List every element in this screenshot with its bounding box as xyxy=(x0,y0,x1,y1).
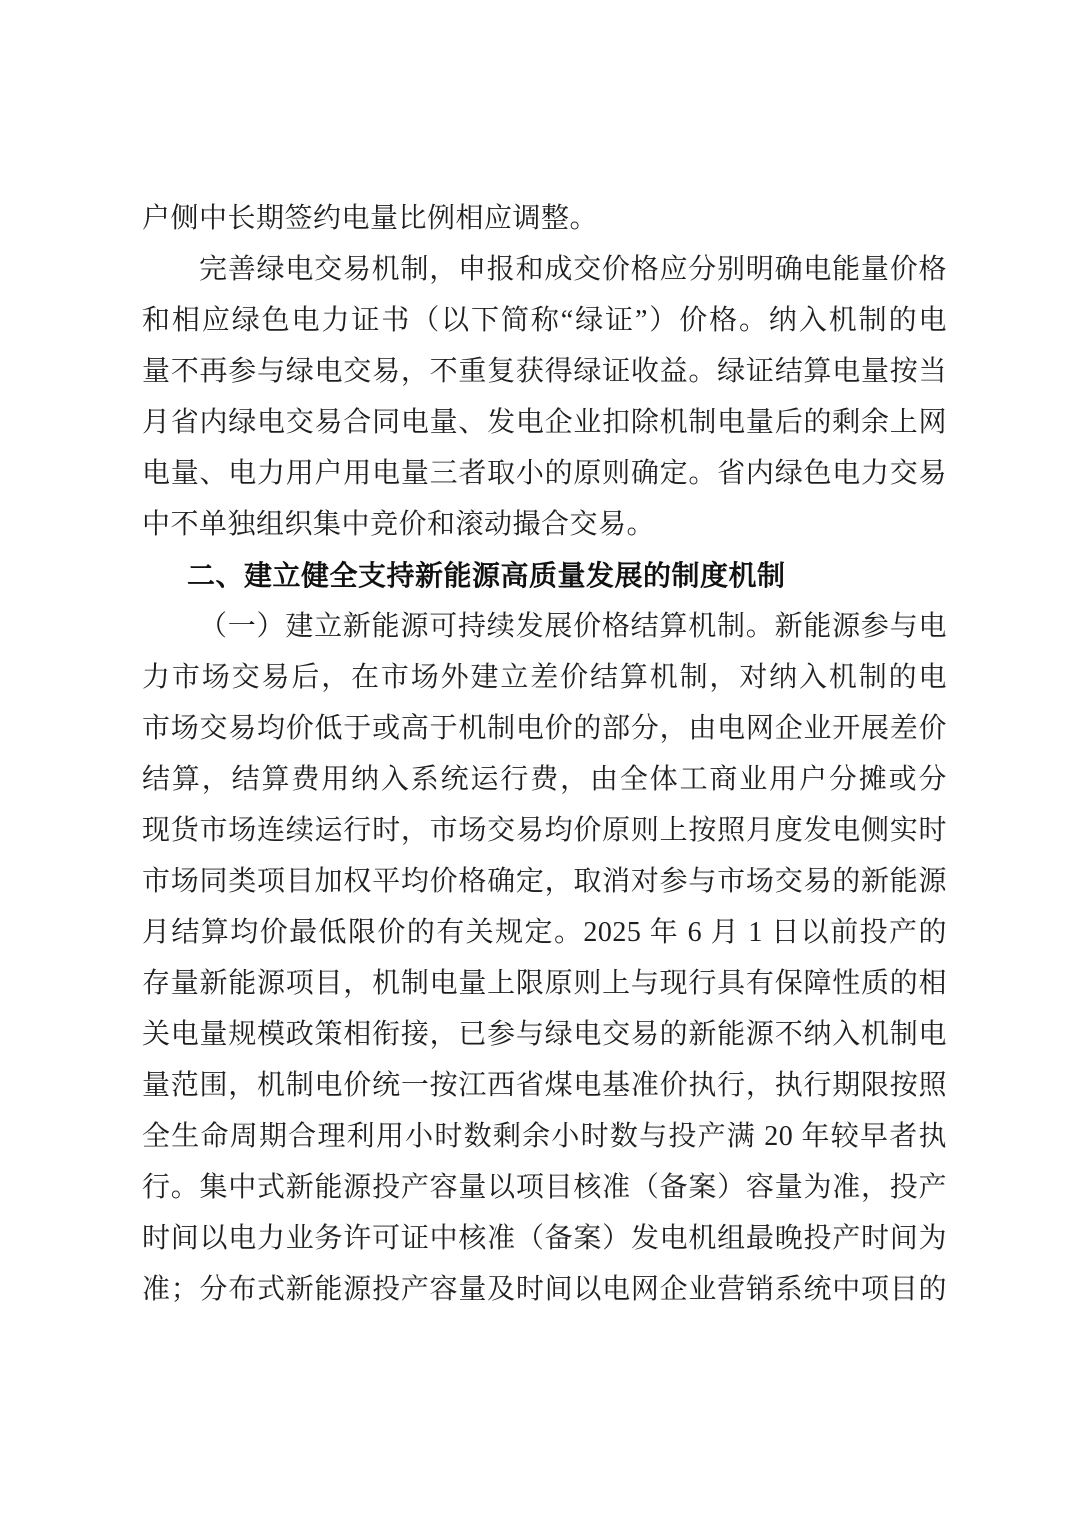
document-body: 户侧中长期签约电量比例相应调整。完善绿电交易机制，申报和成交价格应分别明确电能量… xyxy=(142,193,947,1315)
text-line: 量范围，机制电价统一按江西省煤电基准价执行，执行期限按照 xyxy=(142,1060,947,1111)
text-line: 行。集中式新能源投产容量以项目核准（备案）容量为准，投产 xyxy=(142,1162,947,1213)
text-line: 完善绿电交易机制，申报和成交价格应分别明确电能量价格 xyxy=(142,244,947,295)
text-line: 关电量规模政策相衔接，已参与绿电交易的新能源不纳入机制电 xyxy=(142,1009,947,1060)
text-line: 户侧中长期签约电量比例相应调整。 xyxy=(142,193,947,244)
text-line: 现货市场连续运行时，市场交易均价原则上按照月度发电侧实时 xyxy=(142,805,947,856)
text-line: 时间以电力业务许可证中核准（备案）发电机组最晚投产时间为 xyxy=(142,1213,947,1264)
text-line: （一）建立新能源可持续发展价格结算机制。新能源参与电 xyxy=(142,601,947,652)
text-line: 中不单独组织集中竞价和滚动撮合交易。 xyxy=(142,499,947,550)
text-line: 准；分布式新能源投产容量及时间以电网企业营销系统中项目的 xyxy=(142,1264,947,1315)
text-line: 市场交易均价低于或高于机制电价的部分，由电网企业开展差价 xyxy=(142,703,947,754)
line-text: 新能源参与电 xyxy=(775,611,947,642)
text-line: 力市场交易后，在市场外建立差价结算机制，对纳入机制的电量， xyxy=(142,652,947,703)
clause-lead-in: （一）建立新能源可持续发展价格结算机制。 xyxy=(199,611,775,642)
text-line: 月结算均价最低限价的有关规定。2025 年 6 月 1 日以前投产的 xyxy=(142,907,947,958)
text-line: 量不再参与绿电交易，不重复获得绿证收益。绿证结算电量按当 xyxy=(142,346,947,397)
text-line: 电量、电力用户用电量三者取小的原则确定。省内绿色电力交易 xyxy=(142,448,947,499)
text-line: 存量新能源项目，机制电量上限原则上与现行具有保障性质的相 xyxy=(142,958,947,1009)
text-line: 市场同类项目加权平均价格确定，取消对参与市场交易的新能源 xyxy=(142,856,947,907)
text-line: 结算，结算费用纳入系统运行费，由全体工商业用户分摊或分享。 xyxy=(142,754,947,805)
text-line: 月省内绿电交易合同电量、发电企业扣除机制电量后的剩余上网 xyxy=(142,397,947,448)
section-heading: 二、建立健全支持新能源高质量发展的制度机制 xyxy=(142,550,947,601)
document-page: 户侧中长期签约电量比例相应调整。完善绿电交易机制，申报和成交价格应分别明确电能量… xyxy=(0,0,1080,1527)
text-line: 全生命周期合理利用小时数剩余小时数与投产满 20 年较早者执 xyxy=(142,1111,947,1162)
text-line: 和相应绿色电力证书（以下简称“绿证”）价格。纳入机制的电 xyxy=(142,295,947,346)
